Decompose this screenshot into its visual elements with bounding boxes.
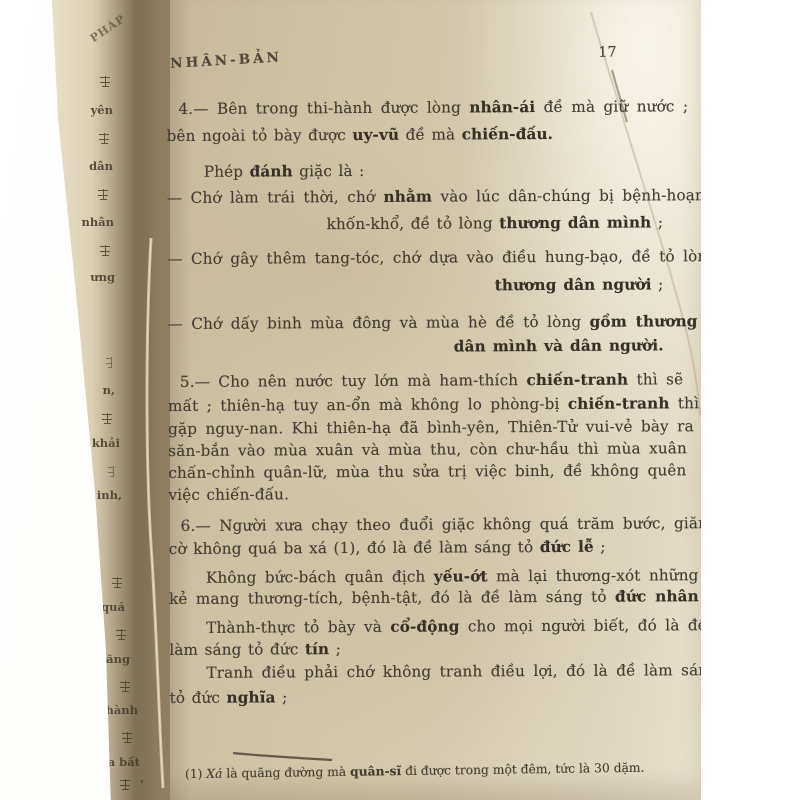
text-line: mất ; thiên-hạ tuy an-ổn mà không lo phò…: [168, 394, 664, 415]
line-segment: vào lúc dân-chúng bị bệnh-hoạn,: [432, 186, 701, 205]
page-content: NHÂN-BẢN 17 4.— Bên trong thi-hành được …: [0, 0, 701, 800]
line-segment: thì sẽ: [628, 370, 683, 388]
line-segment: ;: [594, 538, 606, 556]
line-segment: đức lễ: [540, 538, 594, 556]
line-segment: cho mọi người biết, đó là đề: [459, 616, 701, 635]
line-segment: đề mà: [399, 125, 462, 143]
line-segment: đi được trong một đêm, tức là 30 dặm.: [401, 761, 644, 778]
line-segment: gồm thương: [590, 312, 698, 331]
line-segment: ;: [651, 213, 663, 231]
text-line: 5.— Cho nên nước tuy lớn mà ham-thích ch…: [168, 370, 676, 391]
line-segment: ;: [276, 688, 288, 706]
text-line: Phép đánh giặc là :: [167, 160, 700, 181]
text-line: việc chiến-đấu.: [168, 483, 664, 504]
text-line: Thành-thực tỏ bày và cổ-động cho mọi ngư…: [169, 616, 701, 637]
line-segment: thương dân người: [495, 275, 652, 294]
line-segment: ;: [652, 275, 664, 293]
line-segment: săn-bắn vào mùa xuân và mùa thu, còn chư…: [168, 439, 687, 460]
line-segment: giặc là :: [293, 162, 365, 180]
line-segment: Tranh điều phải chớ không tranh điều lợi…: [206, 661, 701, 682]
line-segment: ;: [699, 587, 701, 605]
text-line: thương dân người ;: [167, 275, 701, 296]
line-segment: chấn-chỉnh quân-lữ, mùa thu sửa trị việc…: [168, 461, 686, 482]
line-segment: 6.— Người xưa chạy theo đuổi giặc không …: [181, 514, 701, 535]
line-segment: nhằm: [383, 188, 432, 206]
line-segment: chiến-tranh: [568, 394, 670, 413]
line-segment: nhân-ái: [469, 98, 535, 116]
line-segment: uy-vũ: [352, 126, 399, 144]
line-segment: đánh: [250, 162, 293, 180]
screenshot: PHÁP yêndânnhânưngn,khảiinh,quánăngthành…: [0, 0, 800, 800]
line-segment: gặp nguy-nan. Khi thiên-hạ đã bình-yên, …: [168, 417, 694, 438]
line-segment: kẻ mang thương-tích, bệnh-tật, đó là đề …: [169, 588, 615, 608]
text-line: khốn-khổ, đề tỏ lòng thương dân mình ;: [167, 213, 701, 234]
text-line: chấn-chỉnh quân-lữ, mùa thu sửa trị việc…: [168, 461, 664, 482]
line-segment: việc chiến-đấu.: [168, 485, 289, 504]
page-number: 17: [598, 45, 617, 61]
line-segment: yếu-ớt: [434, 567, 488, 585]
text-line: làm sáng tỏ đức tín ;: [169, 638, 665, 659]
line-segment: đề mà giữ nước ;: [535, 97, 688, 116]
line-segment: là quãng đường mà: [222, 765, 350, 781]
text-line: — Chớ gây thêm tang-tóc, chớ dựa vào điề…: [167, 247, 663, 268]
text-line: Không bức-bách quân địch yếu-ớt mà lại t…: [169, 566, 701, 587]
line-segment: — Chớ dấy binh mùa đông và mùa hè đề tỏ …: [168, 313, 590, 333]
line-segment: đức nhân: [615, 587, 699, 605]
text-line: — Chớ dấy binh mùa đông và mùa hè đề tỏ …: [168, 312, 664, 333]
line-segment: ;: [329, 640, 341, 658]
text-line: 4.— Bên trong thi-hành được lòng nhân-ái…: [166, 97, 674, 118]
line-segment: chiến-đấu.: [462, 125, 553, 143]
line-segment: 4.— Bên trong thi-hành được lòng: [178, 98, 469, 118]
line-segment: Xá: [206, 767, 222, 781]
text-line: gặp nguy-nan. Khi thiên-hạ đã bình-yên, …: [168, 417, 664, 438]
line-segment: tỏ đức: [170, 689, 227, 707]
line-segment: Phép: [204, 163, 250, 181]
footnote: (1) Xá là quãng đường mà quân-sĩ đi được…: [185, 759, 700, 781]
line-segment: mất ; thiên-hạ tuy an-ổn mà không lo phò…: [168, 395, 568, 415]
line-segment: — Chớ gây thêm tang-tóc, chớ dựa vào điề…: [167, 247, 701, 268]
line-segment: — Chớ làm trái thời, chớ: [167, 188, 384, 207]
page-header-title: NHÂN-BẢN: [170, 49, 282, 71]
line-segment: dân mình và dân người.: [454, 336, 664, 355]
text-line: cờ không quá ba xá (1), đó là đề làm sán…: [169, 537, 665, 558]
text-line: săn-bắn vào mùa xuân và mùa thu, còn chư…: [168, 439, 664, 460]
text-line: — Chớ làm trái thời, chớ nhằm vào lúc dâ…: [167, 186, 663, 207]
line-segment: (1): [185, 767, 207, 781]
book-photo: PHÁP yêndânnhânưngn,khảiinh,quánăngthành…: [0, 0, 701, 800]
line-segment: khốn-khổ, đề tỏ lòng: [327, 214, 500, 233]
line-segment: cờ không quá ba xá (1), đó là đề làm sán…: [169, 538, 540, 558]
line-segment: quân-sĩ: [350, 763, 401, 779]
line-segment: mà lại thương-xót những: [488, 566, 699, 585]
text-line: 6.— Người xưa chạy theo đuổi giặc không …: [169, 514, 677, 535]
line-segment: thương dân mình: [499, 213, 651, 232]
line-segment: Không bức-bách quân địch: [206, 568, 434, 587]
line-segment: bên ngoài tỏ bày được: [167, 126, 353, 145]
text-line: kẻ mang thương-tích, bệnh-tật, đó là đề …: [169, 587, 665, 608]
line-segment: cổ-động: [390, 617, 459, 635]
line-segment: thì sẽ: [669, 394, 701, 412]
line-segment: nghĩa: [226, 688, 275, 706]
text-line: tỏ đức nghĩa ;: [170, 686, 666, 707]
line-segment: Thành-thực tỏ bày và: [206, 618, 390, 637]
text-line: Tranh điều phải chớ không tranh điều lợi…: [169, 661, 701, 682]
line-segment: chiến-tranh: [526, 371, 628, 390]
text-line: bên ngoài tỏ bày được uy-vũ đề mà chiến-…: [167, 124, 663, 145]
text-line: dân mình và dân người.: [168, 336, 701, 357]
line-segment: 5.— Cho nên nước tuy lớn mà ham-thích: [180, 371, 527, 391]
line-segment: tín: [305, 640, 329, 658]
line-segment: làm sáng tỏ đức: [169, 640, 305, 659]
